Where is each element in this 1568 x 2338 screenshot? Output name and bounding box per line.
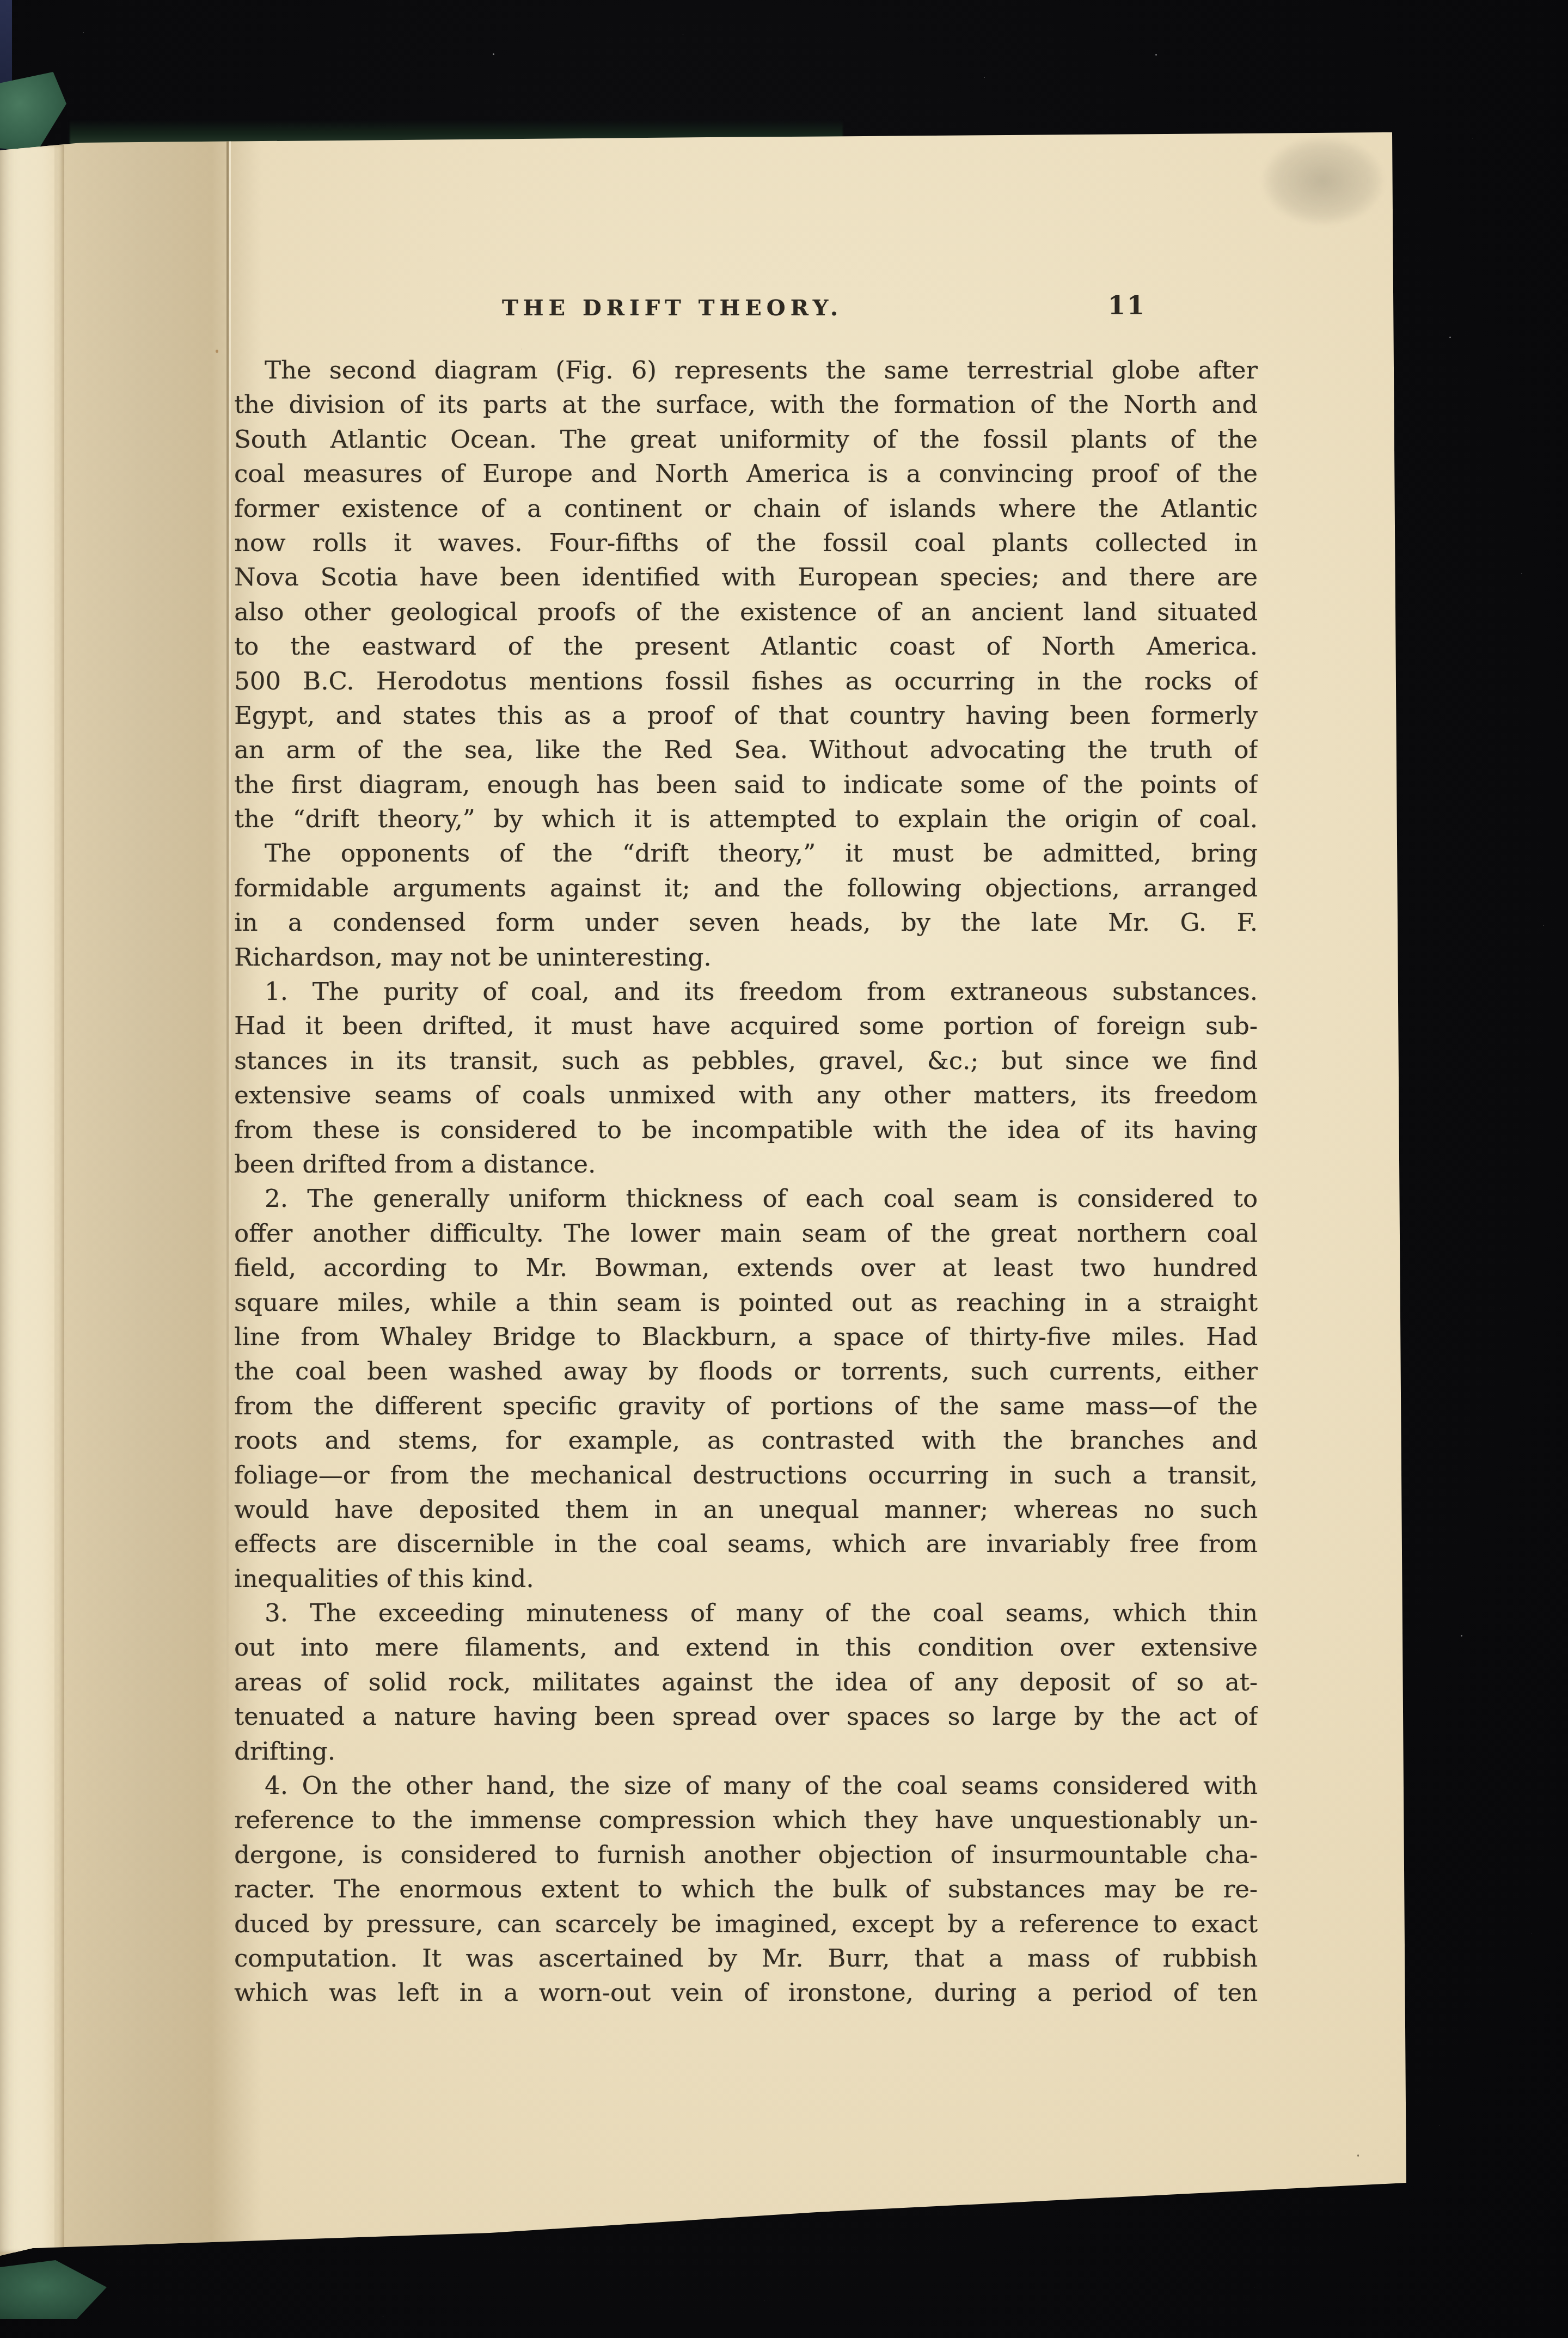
text-line: coal measures of Europe and North Americ…	[234, 456, 1258, 491]
text-line: also other geological proofs of the exis…	[234, 595, 1258, 629]
scanned-book-photo: THE DRIFT THEORY. 11 The second diagram …	[0, 0, 1568, 2338]
text-line: 500 B.C. Herodotus mentions fossil fishe…	[234, 664, 1258, 698]
text-line: the first diagram, enough has been said …	[234, 767, 1258, 802]
text-line: been drifted from a distance.	[234, 1147, 1258, 1181]
text-line: dergone, is considered to furnish anothe…	[234, 1838, 1258, 1872]
book-cover-green-corner-top	[0, 72, 66, 151]
text-line: Had it been drifted, it must have acquir…	[234, 1009, 1258, 1043]
text-line: computation. It was ascertained by Mr. B…	[234, 1941, 1258, 1975]
paragraph: The opponents of the “drift theory,” it …	[234, 836, 1258, 974]
text-line: the division of its parts at the surface…	[234, 387, 1258, 422]
page-crease-highlight	[229, 141, 231, 1556]
body-text: The second diagram (Fig. 6) represents t…	[234, 353, 1258, 2010]
text-line: foliage—or from the mechanical destructi…	[234, 1458, 1258, 1492]
text-line: effects are discernible in the coal seam…	[234, 1527, 1258, 1561]
text-line: areas of solid rock, militates against t…	[234, 1665, 1258, 1699]
paragraph: The second diagram (Fig. 6) represents t…	[234, 353, 1258, 836]
text-line: The second diagram (Fig. 6) represents t…	[234, 353, 1258, 387]
running-header-title: THE DRIFT THEORY.	[234, 295, 1111, 321]
text-line: from the different specific gravity of p…	[234, 1389, 1258, 1423]
text-line: from these is considered to be incompati…	[234, 1113, 1258, 1147]
text-line: which was left in a worn-out vein of iro…	[234, 1975, 1258, 2010]
text-line: out into mere filaments, and extend in t…	[234, 1630, 1258, 1664]
text-line: would have deposited them in an unequal …	[234, 1492, 1258, 1527]
text-line: roots and stems, for example, as contras…	[234, 1423, 1258, 1457]
text-line: Egypt, and states this as a proof of tha…	[234, 698, 1258, 732]
text-line: drifting.	[234, 1734, 1258, 1768]
text-line: field, according to Mr. Bowman, extends …	[234, 1250, 1258, 1285]
paragraph: 2. The generally uniform thickness of ea…	[234, 1181, 1258, 1596]
text-line: Nova Scotia have been identified with Eu…	[234, 560, 1258, 594]
paragraph: 1. The purity of coal, and its freedom f…	[234, 974, 1258, 1181]
text-line: tenuated a nature having been spread ove…	[234, 1699, 1258, 1733]
book-page: THE DRIFT THEORY. 11 The second diagram …	[0, 0, 1568, 2338]
text-line: Richardson, may not be uninteresting.	[234, 940, 1258, 974]
text-line: South Atlantic Ocean. The great uniformi…	[234, 422, 1258, 456]
paragraph: 4. On the other hand, the size of many o…	[234, 1768, 1258, 2010]
text-line: in a condensed form under seven heads, b…	[234, 905, 1258, 939]
page-number: 11	[1108, 291, 1146, 320]
text-line: now rolls it waves. Four-fifths of the f…	[234, 526, 1258, 560]
text-line: 2. The generally uniform thickness of ea…	[234, 1181, 1258, 1216]
text-line: line from Whaley Bridge to Blackburn, a …	[234, 1320, 1258, 1354]
text-line: 4. On the other hand, the size of many o…	[234, 1768, 1258, 1803]
text-line: an arm of the sea, like the Red Sea. Wit…	[234, 732, 1258, 767]
corner-smudge	[1263, 137, 1383, 224]
text-line: racter. The enormous extent to which the…	[234, 1872, 1258, 1906]
text-line: The opponents of the “drift theory,” it …	[234, 836, 1258, 870]
paragraph: 3. The exceeding minuteness of many of t…	[234, 1596, 1258, 1768]
text-line: the “drift theory,” by which it is attem…	[234, 802, 1258, 836]
text-line: 3. The exceeding minuteness of many of t…	[234, 1596, 1258, 1630]
text-line: square miles, while a thin seam is point…	[234, 1285, 1258, 1320]
foxing-specks	[216, 350, 218, 353]
text-line: the coal been washed away by floods or t…	[234, 1354, 1258, 1388]
text-line: duced by pressure, can scarcely be imagi…	[234, 1907, 1258, 1941]
text-line: stances in its transit, such as pebbles,…	[234, 1043, 1258, 1078]
text-line: reference to the immense compression whi…	[234, 1803, 1258, 1837]
text-line: offer another difficulty. The lower main…	[234, 1216, 1258, 1250]
text-line: former existence of a continent or chain…	[234, 491, 1258, 526]
text-line: extensive seams of coals unmixed with an…	[234, 1078, 1258, 1112]
text-line: formidable arguments against it; and the…	[234, 871, 1258, 905]
book-cover-green-corner-bottom	[0, 2260, 107, 2319]
page-crease	[226, 141, 229, 1747]
text-line: 1. The purity of coal, and its freedom f…	[234, 974, 1258, 1009]
text-line: to the eastward of the present Atlantic …	[234, 629, 1258, 663]
text-line: inequalities of this kind.	[234, 1561, 1258, 1596]
